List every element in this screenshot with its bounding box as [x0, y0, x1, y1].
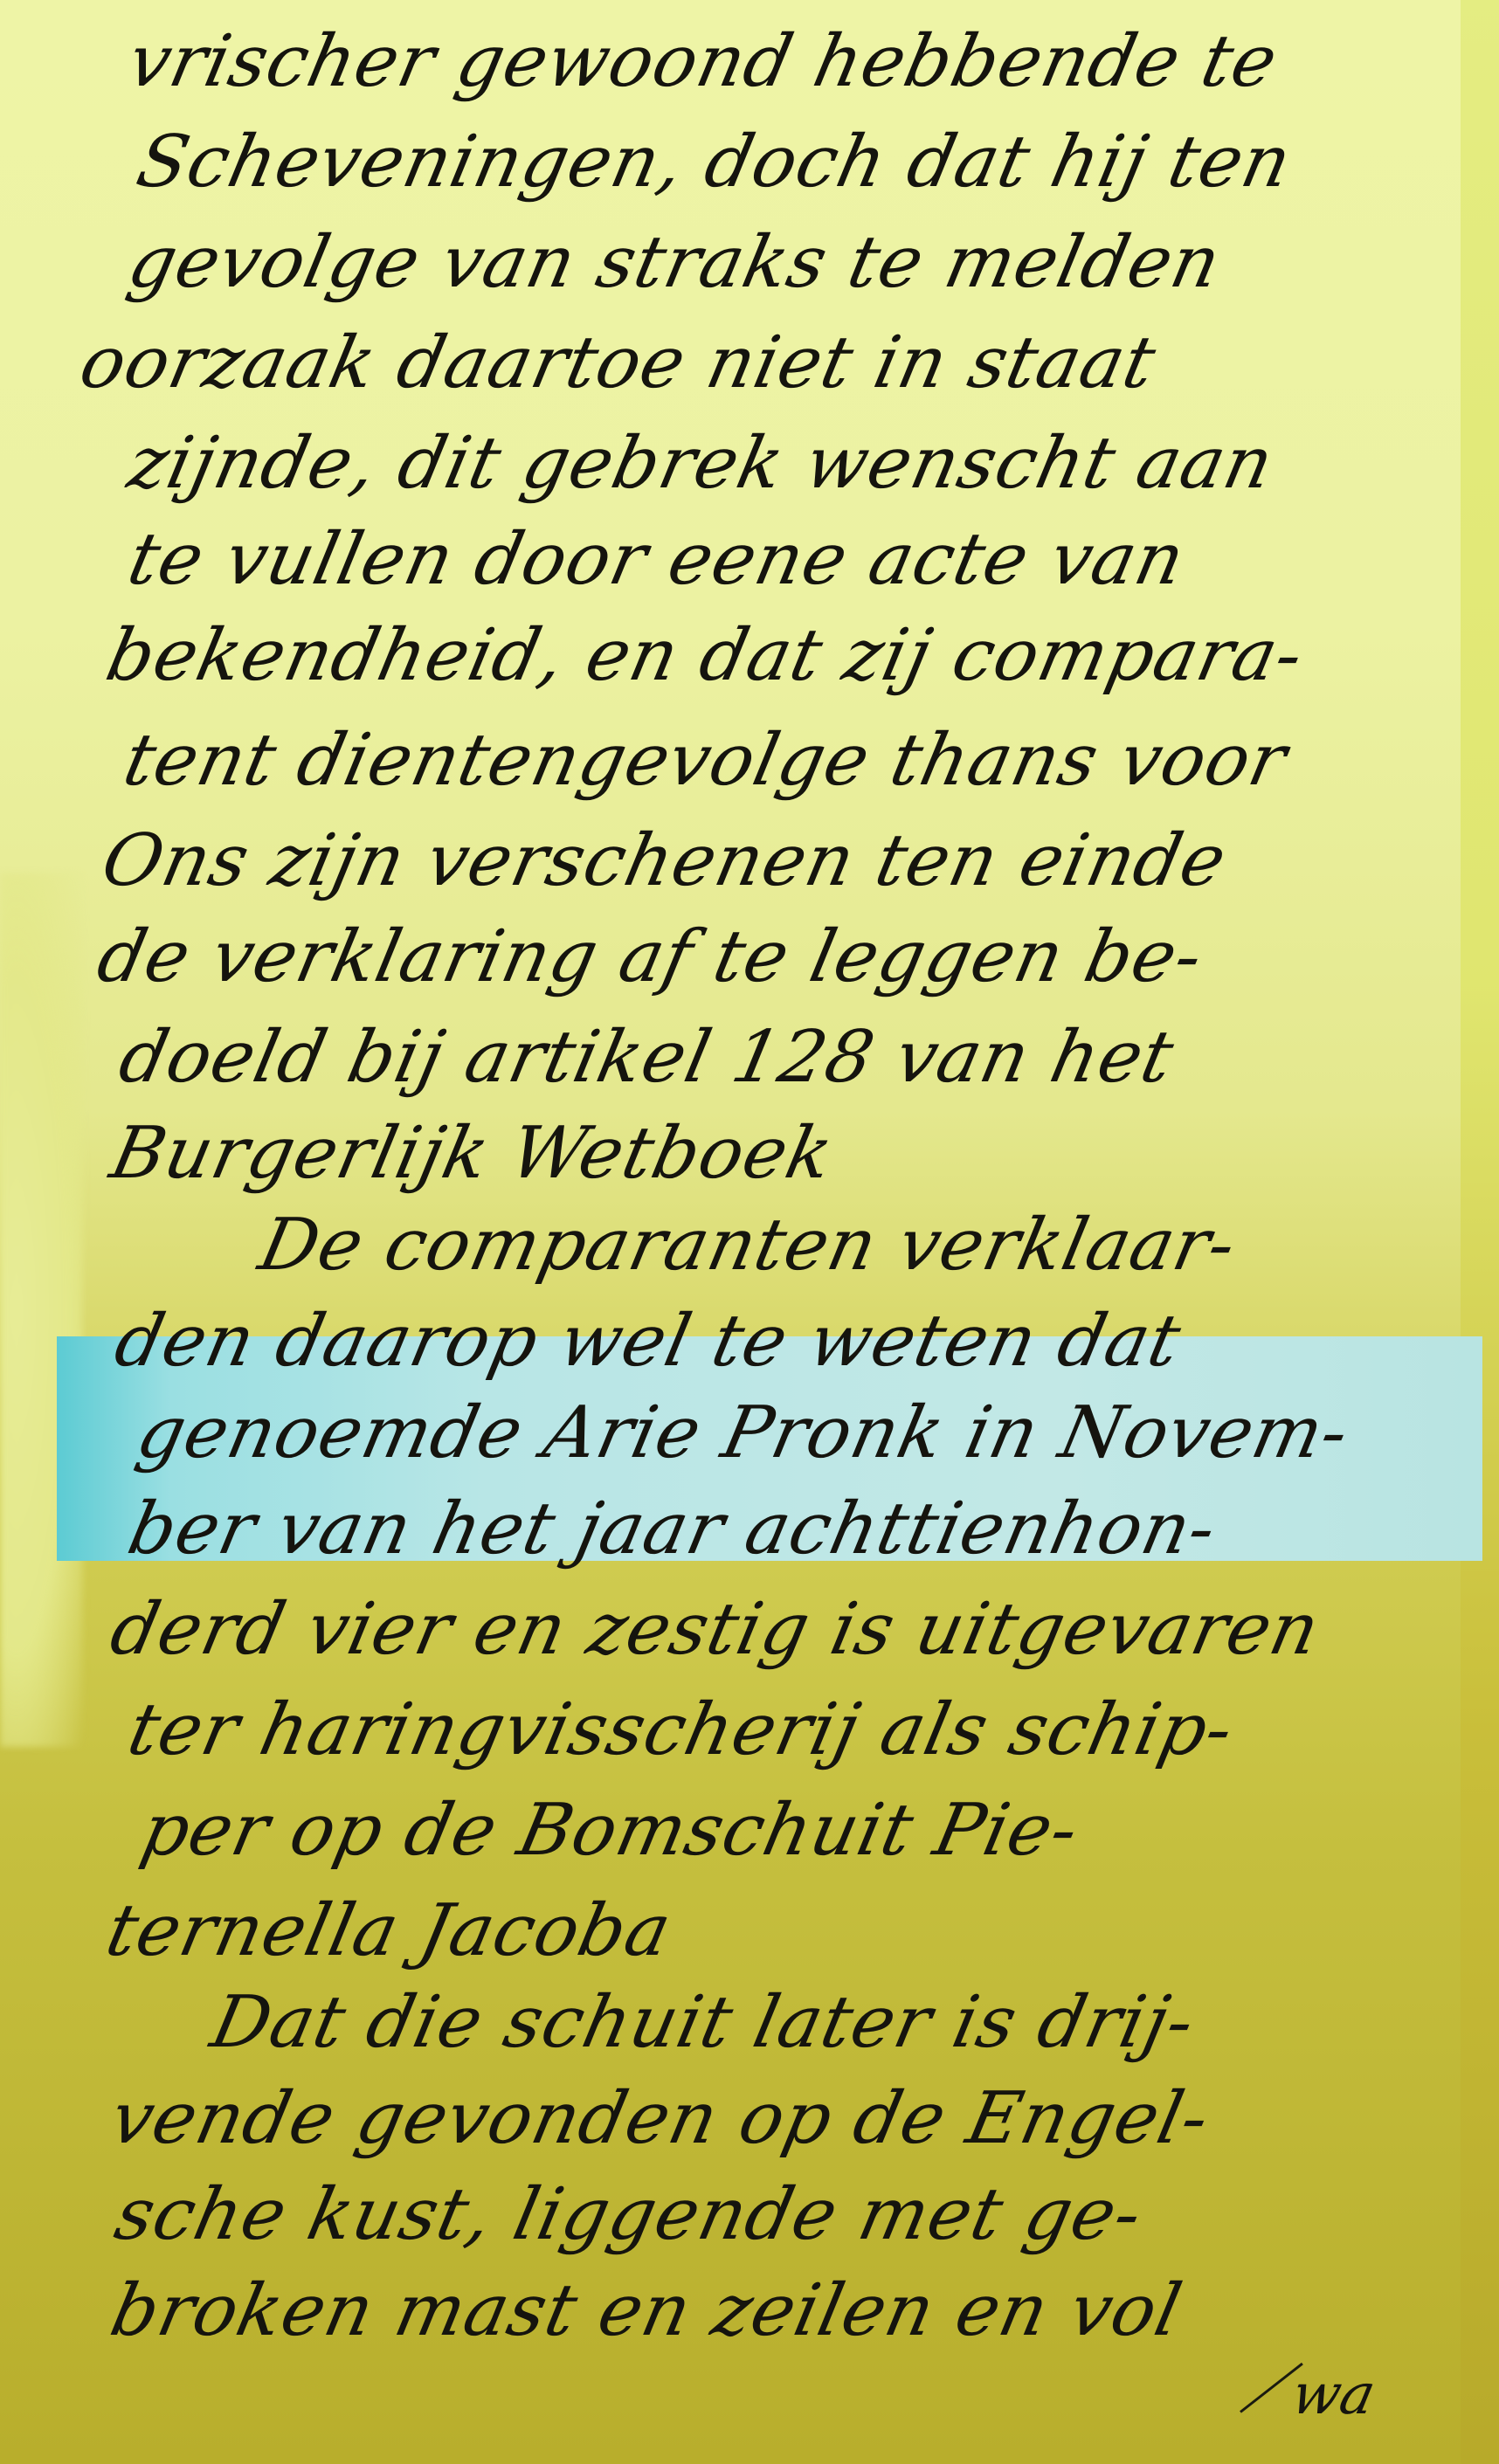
text-line: de verklaring af te leggen be- — [92, 921, 1209, 993]
text-line: ter haringvisscherij als schip- — [122, 1694, 1240, 1766]
text-line: vende gevonden op de Engel- — [105, 2083, 1215, 2155]
text-line: Ons zijn verschenen ten einde — [96, 825, 1233, 897]
text-line: tent dientengevolge thans voor — [118, 725, 1293, 797]
catchword: wa — [1286, 2363, 1381, 2427]
paragraph-start-line: Dat die schuit later is drij- — [205, 1987, 1201, 2059]
text-line: sche kust, liggende met ge- — [109, 2179, 1148, 2251]
text-line: bekendheid, en dat zij compara- — [100, 620, 1309, 692]
paragraph-start-line: De comparanten verklaar- — [253, 1210, 1242, 1281]
highlighted-text-line: genoemde Arie Pronk in Novem- — [131, 1398, 1355, 1469]
text-line: te vullen door eene acte van — [122, 524, 1191, 596]
text-line: ternella Jacoba — [100, 1895, 677, 1967]
text-line: Scheveningen, doch dat hij ten — [131, 127, 1297, 198]
document-page: vrischer gewoond hebbende te Scheveninge… — [0, 0, 1499, 2464]
highlighted-text-line: ber van het jaar achttienhon- — [122, 1494, 1222, 1565]
handwritten-text: vrischer gewoond hebbende te Scheveninge… — [0, 0, 1499, 2464]
text-line: vrischer gewoond hebbende te — [122, 26, 1283, 98]
text-line: Burgerlijk Wetboek — [105, 1118, 839, 1190]
text-line: doeld bij artikel 128 van het — [114, 1022, 1180, 1094]
text-line: per op de Bomschuit Pie- — [135, 1795, 1085, 1867]
text-line: derd vier en zestig is uitgevaren — [105, 1594, 1326, 1666]
text-line: oorzaak daartoe niet in staat — [74, 328, 1162, 399]
text-line: den daarop wel te weten dat — [109, 1306, 1187, 1377]
text-line: broken mast en zeilen en vol — [105, 2275, 1188, 2347]
text-line: zijnde, dit gebrek wenscht aan — [122, 428, 1280, 500]
text-line: gevolge van straks te melden — [122, 227, 1226, 299]
